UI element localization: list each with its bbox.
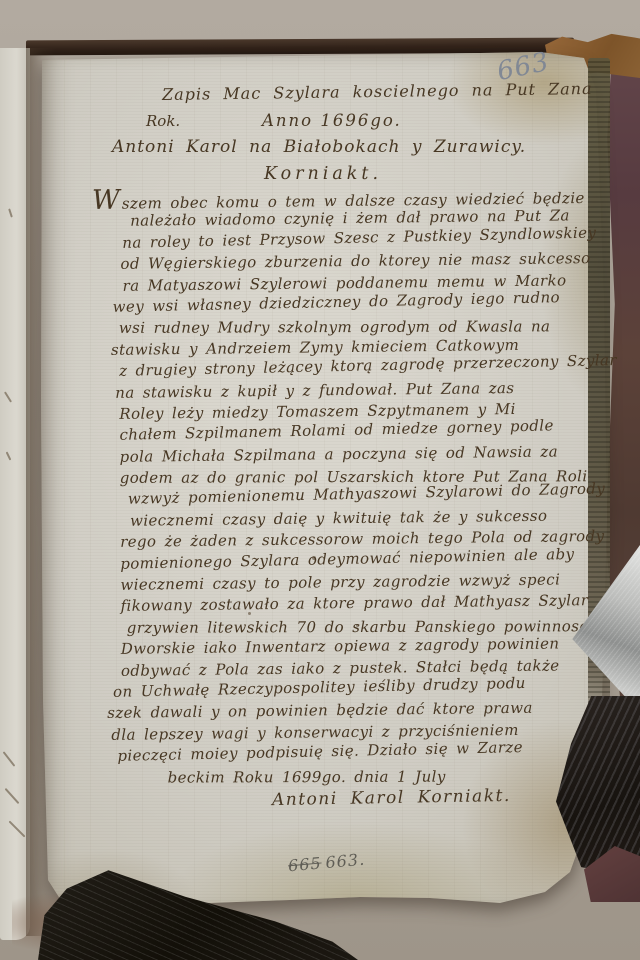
heading-margin-note: Rok. xyxy=(146,112,180,130)
signature: Antoni Karol Korniakt. xyxy=(272,786,511,810)
archive-page-number-bottom: 665663. xyxy=(287,850,366,876)
heading-title: Zapis Mac Szylara koscielnego na Put Zan… xyxy=(162,79,593,104)
heading-surname: Korniakt. xyxy=(264,164,382,184)
page-number-struck: 665 xyxy=(287,853,322,875)
heading-grantor: Antoni Karol na Białobokach y Zurawicy. xyxy=(112,137,526,157)
body-text: Wszem obec komu o tem w dalsze czasy wie… xyxy=(92,187,606,789)
page-number-current: 663. xyxy=(325,850,366,872)
handwriting-layer: 663 Zapis Mac Szylara koscielnego na Put… xyxy=(0,0,640,960)
body-text-line: fikowany zostawało za ktore prawo dał Ma… xyxy=(120,590,604,617)
body-text-line: pola Michała Szpilmana a poczyna się od … xyxy=(120,441,604,468)
body-text-line: beckim Roku 1699go. dnia 1 July xyxy=(168,766,606,789)
manuscript-photo: 663 Zapis Mac Szylara koscielnego na Put… xyxy=(0,0,640,960)
heading-year: Anno 1696go. xyxy=(262,111,402,130)
